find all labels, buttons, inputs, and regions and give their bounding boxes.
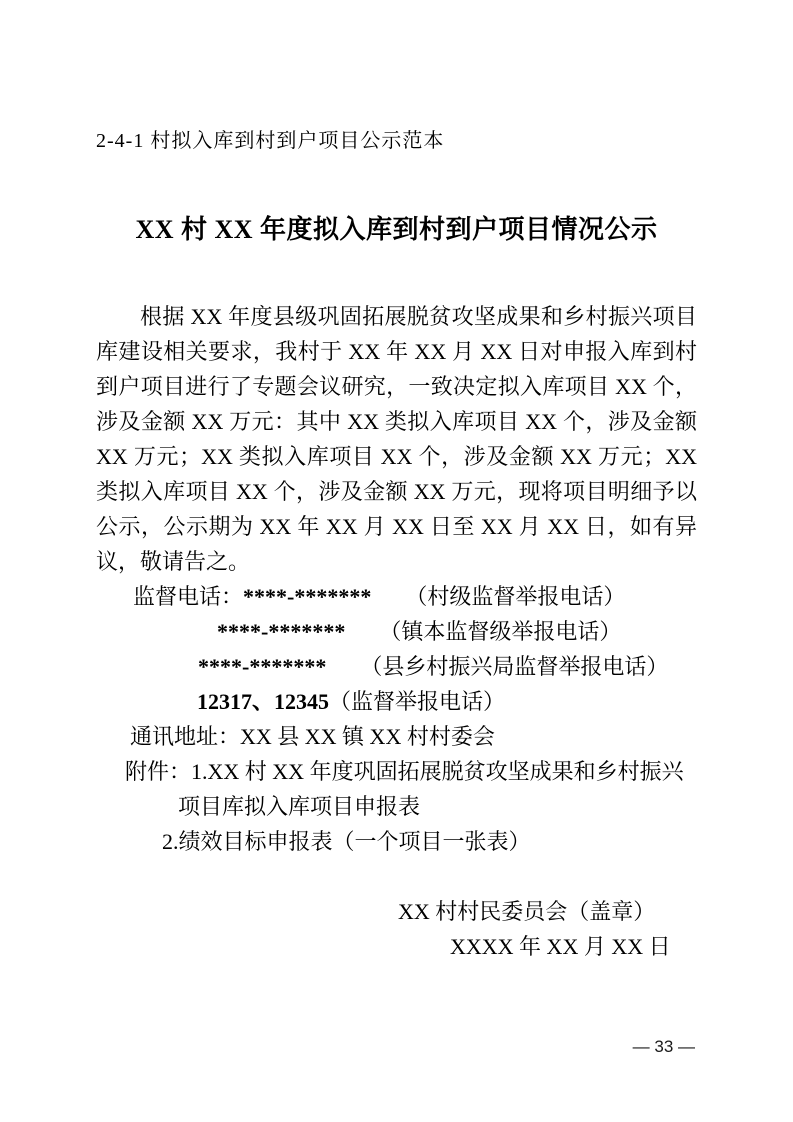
phone-number: ****-******* [198, 654, 326, 679]
phone-line-county: ****-*******（县乡村振兴局监督举报电话） [96, 649, 697, 684]
supervision-phones: 监督电话：****-*******（村级监督举报电话） ****-*******… [96, 579, 697, 719]
body-line: 公示，公示期为 XX 年 XX 月 XX 日至 XX 月 XX 日，如有异 [96, 509, 697, 544]
attachment-item-2: 2.绩效目标申报表（一个项目一张表） [96, 824, 697, 859]
hotline-numbers: 12317、12345 [197, 689, 329, 714]
phone-number: ****-******* [217, 619, 345, 644]
spacer [96, 859, 697, 894]
phone-note: （村级监督举报电话） [405, 584, 625, 609]
page-title: XX 村 XX 年度拟入库到村到户项目情况公示 [96, 211, 697, 248]
body-line: 到户项目进行了专题会议研究，一致决定拟入库项目 XX 个， [96, 369, 697, 404]
phone-line-town: ****-*******（镇本监督级举报电话） [96, 614, 697, 649]
body-line: 类拟入库项目 XX 个，涉及金额 XX 万元，现将项目明细予以 [96, 474, 697, 509]
body-line: 涉及金额 XX 万元：其中 XX 类拟入库项目 XX 个，涉及金额 [96, 404, 697, 439]
signature-date: XXXX 年 XX 月 XX 日 [96, 929, 697, 964]
page-number: — 33 — [633, 1037, 695, 1057]
attachment-item-1: 附件：1.XX 村 XX 年度巩固拓展脱贫攻坚成果和乡村振兴 [96, 754, 697, 789]
phone-note: （监督举报电话） [329, 689, 505, 714]
phone-number: ****-******* [243, 584, 371, 609]
signature-block: XX 村村民委员会（盖章） XXXX 年 XX 月 XX 日 [96, 894, 697, 964]
mailing-address: 通讯地址：XX 县 XX 镇 XX 村村委会 [96, 719, 697, 754]
body-line: 库建设相关要求，我村于 XX 年 XX 月 XX 日对申报入库到村 [96, 334, 697, 369]
phone-note: （镇本监督级举报电话） [379, 619, 621, 644]
document-page: 2-4-1 村拟入库到村到户项目公示范本 XX 村 XX 年度拟入库到村到户项目… [0, 0, 793, 1122]
body-paragraph: 根据 XX 年度县级巩固拓展脱贫攻坚成果和乡村振兴项目 库建设相关要求，我村于 … [96, 299, 697, 579]
attachments: 附件：1.XX 村 XX 年度巩固拓展脱贫攻坚成果和乡村振兴 项目库拟入库项目申… [96, 754, 697, 859]
supervision-phone-label: 监督电话： [133, 584, 243, 609]
attachment-item-1-cont: 项目库拟入库项目申报表 [96, 789, 697, 824]
phone-line-hotline: 12317、12345（监督举报电话） [96, 684, 697, 719]
body-line: 议，敬请告之。 [96, 544, 697, 579]
phone-note: （县乡村振兴局监督举报电话） [360, 654, 668, 679]
attachment-label: 附件： [125, 759, 191, 784]
section-header: 2-4-1 村拟入库到村到户项目公示范本 [96, 0, 697, 154]
phone-line-village: 监督电话：****-*******（村级监督举报电话） [96, 579, 697, 614]
signature-organization: XX 村村民委员会（盖章） [96, 894, 697, 929]
body-line: XX 万元；XX 类拟入库项目 XX 个，涉及金额 XX 万元；XX [96, 439, 697, 474]
body-line: 根据 XX 年度县级巩固拓展脱贫攻坚成果和乡村振兴项目 [96, 299, 697, 334]
page-content: 2-4-1 村拟入库到村到户项目公示范本 XX 村 XX 年度拟入库到村到户项目… [96, 0, 697, 964]
attachment-item-1-text: 1.XX 村 XX 年度巩固拓展脱贫攻坚成果和乡村振兴 [191, 759, 684, 784]
